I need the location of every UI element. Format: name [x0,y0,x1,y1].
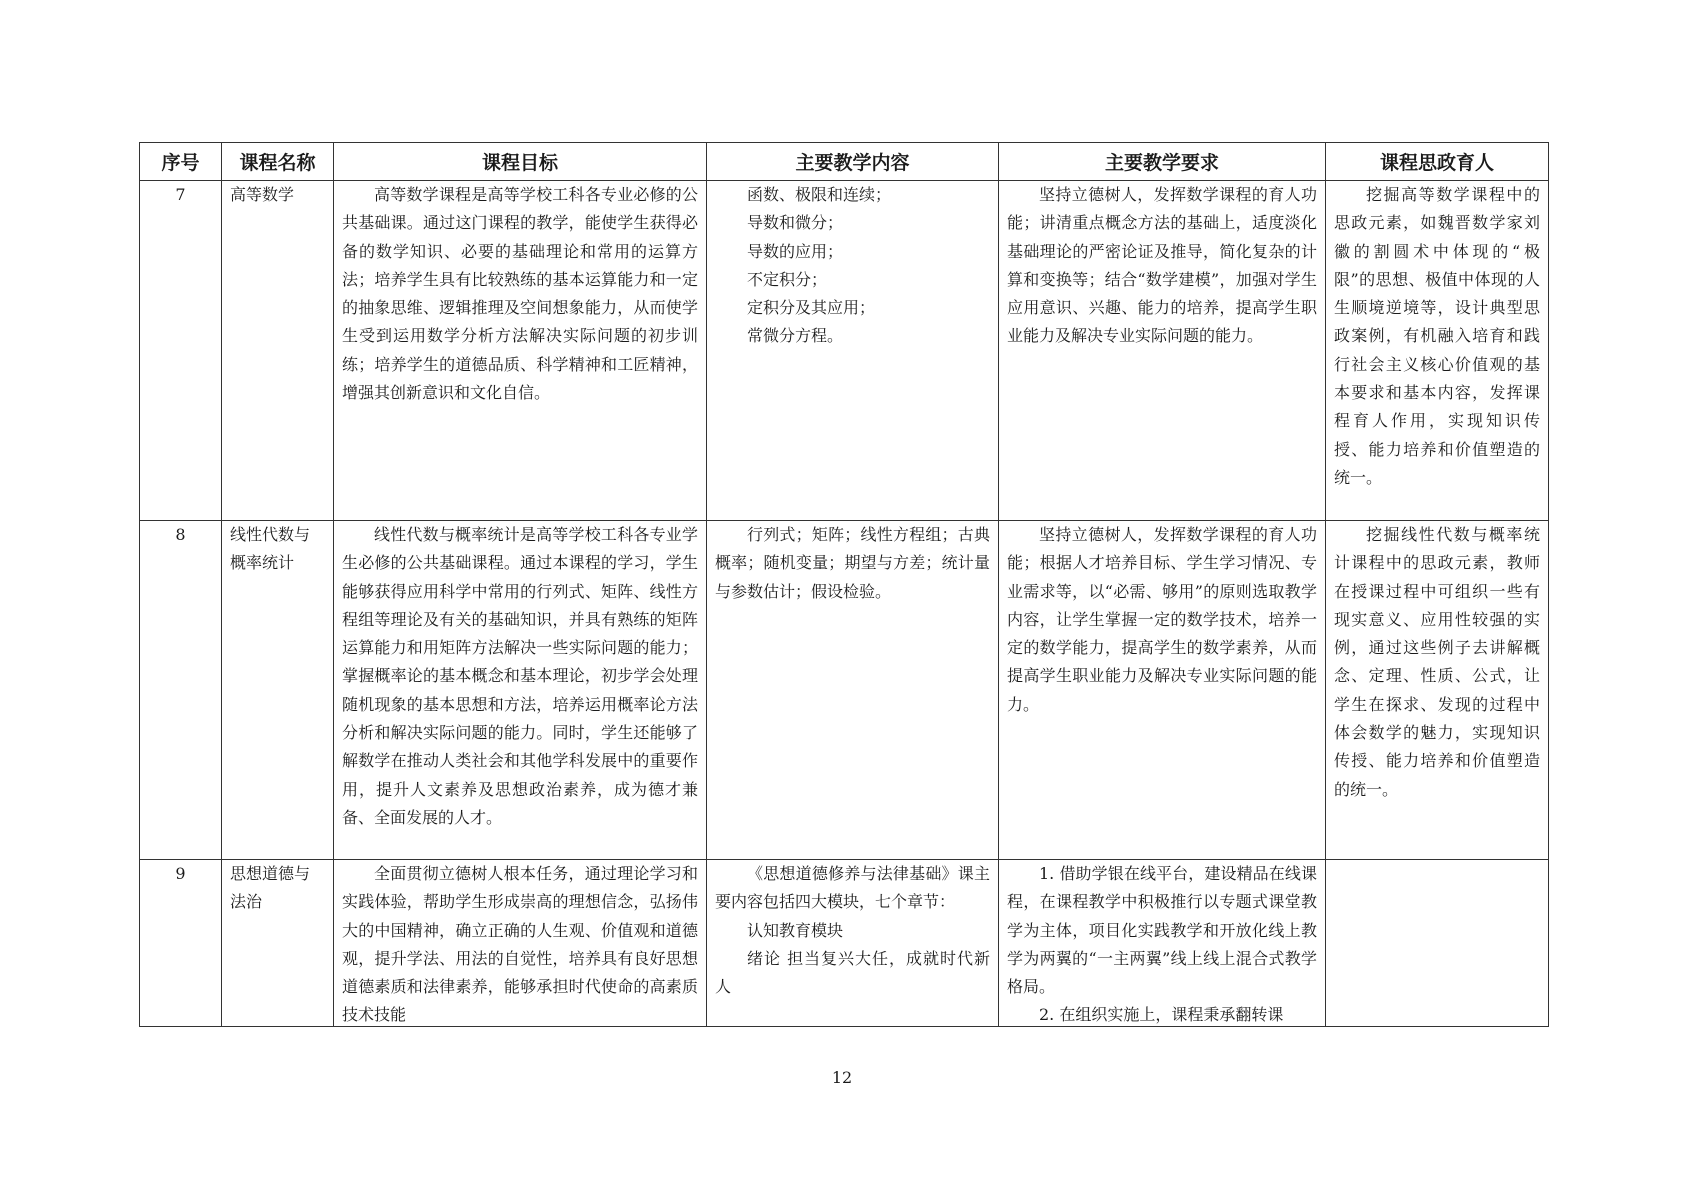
course-name: 线性代数与概率统计 [222,521,334,860]
row-index: 8 [140,521,222,860]
document-page: 序号 课程名称 课程目标 主要教学内容 主要教学要求 课程思政育人 7 高等数学… [0,0,1684,1191]
teaching-content-cell: 行列式；矩阵；线性方程组；古典概率；随机变量；期望与方差；统计量与参数估计；假设… [707,521,999,860]
course-goal-cell: 高等数学课程是高等学校工科各专业必修的公共基础课。通过这门课程的教学，能使学生获… [334,181,707,521]
ideology-education: 挖掘线性代数与概率统计课程中的思政元素，教师在授课过程中可组织一些有现实意义、应… [1334,521,1540,804]
ideology-education: 挖掘高等数学课程中的思政元素，如魏晋数学家刘徽的割圆术中体现的“极限”的思想、极… [1334,181,1540,492]
course-name: 高等数学 [222,181,334,521]
teaching-requirement-cell: 坚持立德树人，发挥数学课程的育人功能；根据人才培养目标、学生学习情况、专业需求等… [999,521,1326,860]
content-item: 常微分方程。 [715,322,990,350]
teaching-content: 行列式；矩阵；线性方程组；古典概率；随机变量；期望与方差；统计量与参数估计；假设… [715,521,990,606]
content-item: 定积分及其应用； [715,294,990,322]
content-item: 导数的应用； [715,238,990,266]
table-header-row: 序号 课程名称 课程目标 主要教学内容 主要教学要求 课程思政育人 [140,143,1549,181]
table-row: 7 高等数学 高等数学课程是高等学校工科各专业必修的公共基础课。通过这门课程的教… [140,181,1549,521]
teaching-requirement-2: 2. 在组织实施上，课程秉承翻转课 [1007,1001,1317,1026]
teaching-requirement-cell: 1. 借助学银在线平台，建设精品在线课程，在课程教学中积极推行以专题式课堂教学为… [999,860,1326,1027]
row-index: 7 [140,181,222,521]
course-goal-cell: 线性代数与概率统计是高等学校工科各专业学生必修的公共基础课程。通过本课程的学习，… [334,521,707,860]
ideology-cell: 挖掘线性代数与概率统计课程中的思政元素，教师在授课过程中可组织一些有现实意义、应… [1326,521,1549,860]
header-course-goal: 课程目标 [334,143,707,181]
teaching-requirement: 坚持立德树人，发挥数学课程的育人功能；讲清重点概念方法的基础上，适度淡化基础理论… [1007,181,1317,351]
ideology-cell: 挖掘高等数学课程中的思政元素，如魏晋数学家刘徽的割圆术中体现的“极限”的思想、极… [1326,181,1549,521]
table-row: 9 思想道德与法治 全面贯彻立德树人根本任务，通过理论学习和实践体验，帮助学生形… [140,860,1549,1027]
course-goal: 高等数学课程是高等学校工科各专业必修的公共基础课。通过这门课程的教学，能使学生获… [342,181,698,407]
content-item: 导数和微分； [715,209,990,237]
page-number: 12 [0,1068,1684,1087]
teaching-requirement-cell: 坚持立德树人，发挥数学课程的育人功能；讲清重点概念方法的基础上，适度淡化基础理论… [999,181,1326,521]
header-index: 序号 [140,143,222,181]
header-course-name: 课程名称 [222,143,334,181]
row-index: 9 [140,860,222,1027]
ideology-cell [1326,860,1549,1027]
teaching-requirement: 坚持立德树人，发挥数学课程的育人功能；根据人才培养目标、学生学习情况、专业需求等… [1007,521,1317,719]
header-teaching-content: 主要教学内容 [707,143,999,181]
curriculum-table: 序号 课程名称 课程目标 主要教学内容 主要教学要求 课程思政育人 7 高等数学… [139,142,1549,1027]
header-teaching-requirement: 主要教学要求 [999,143,1326,181]
content-module: 认知教育模块 [715,917,990,945]
teaching-content-cell: 《思想道德修养与法律基础》课主要内容包括四大模块，七个章节： 认知教育模块 绪论… [707,860,999,1027]
teaching-requirement-1: 1. 借助学银在线平台，建设精品在线课程，在课程教学中积极推行以专题式课堂教学为… [1007,860,1317,1001]
content-intro: 《思想道德修养与法律基础》课主要内容包括四大模块，七个章节： [715,860,990,917]
content-item: 不定积分； [715,266,990,294]
header-ideology-education: 课程思政育人 [1326,143,1549,181]
teaching-content-cell: 函数、极限和连续； 导数和微分； 导数的应用； 不定积分； 定积分及其应用； 常… [707,181,999,521]
course-name: 思想道德与法治 [222,860,334,1027]
content-chapter: 绪论 担当复兴大任，成就时代新人 [715,945,990,1002]
course-goal-cell: 全面贯彻立德树人根本任务，通过理论学习和实践体验，帮助学生形成崇高的理想信念，弘… [334,860,707,1027]
content-item: 函数、极限和连续； [715,181,990,209]
table-row: 8 线性代数与概率统计 线性代数与概率统计是高等学校工科各专业学生必修的公共基础… [140,521,1549,860]
course-goal: 线性代数与概率统计是高等学校工科各专业学生必修的公共基础课程。通过本课程的学习，… [342,521,698,832]
course-goal: 全面贯彻立德树人根本任务，通过理论学习和实践体验，帮助学生形成崇高的理想信念，弘… [342,860,698,1026]
